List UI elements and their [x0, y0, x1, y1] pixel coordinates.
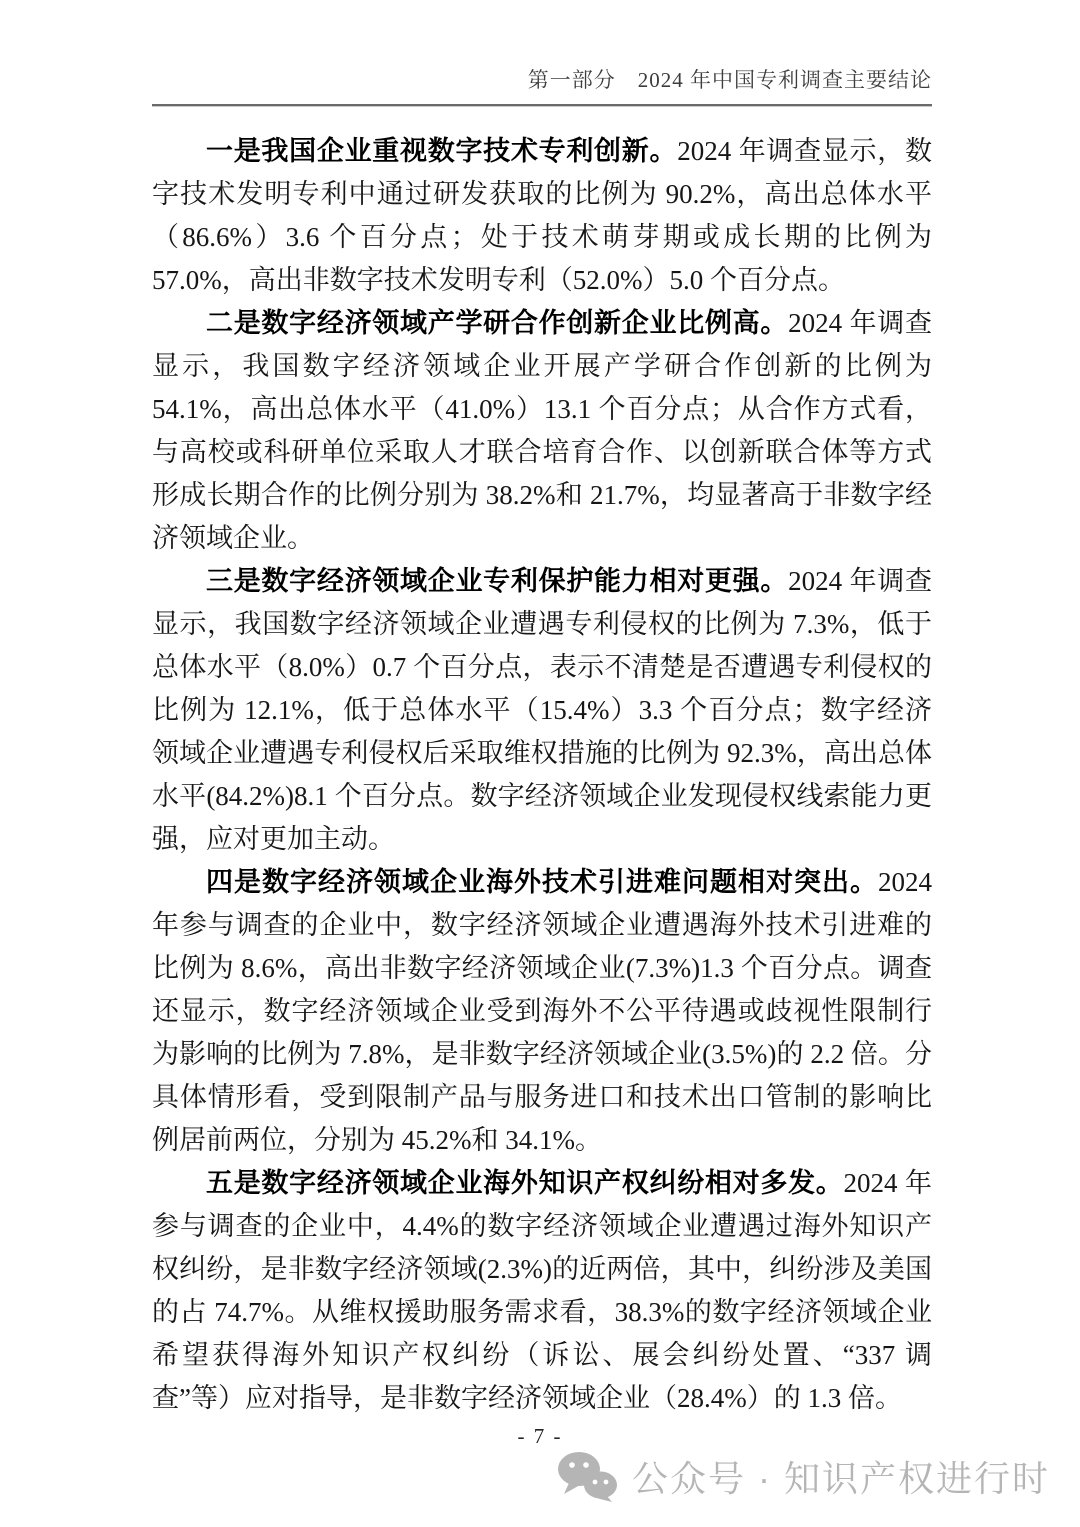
paragraph-2-lead: 二是数字经济领域产学研合作创新企业比例高。: [206, 308, 788, 338]
running-head: 第一部分 2024 年中国专利调查主要结论: [152, 64, 932, 106]
paragraph-1-lead: 一是我国企业重视数字技术专利创新。: [206, 136, 677, 166]
paragraph-5: 五是数字经济领域企业海外知识产权纠纷相对多发。2024 年参与调查的企业中，4.…: [152, 1162, 932, 1420]
paragraph-3-body: 2024 年调查显示，我国数字经济领域企业遭遇专利侵权的比例为 7.3%，低于总…: [152, 566, 932, 854]
paragraph-4-body: 2024 年参与调查的企业中，数字经济领域企业遭遇海外技术引进难的比例为 8.6…: [152, 867, 932, 1155]
paragraph-2: 二是数字经济领域产学研合作创新企业比例高。2024 年调查显示，我国数字经济领域…: [152, 302, 932, 560]
paragraph-3-lead: 三是数字经济领域企业专利保护能力相对更强。: [206, 566, 788, 596]
paragraph-5-body: 2024 年参与调查的企业中，4.4%的数字经济领域企业遭遇过海外知识产权纠纷，…: [152, 1168, 932, 1413]
page-content: 一是我国企业重视数字技术专利创新。2024 年调查显示，数字技术发明专利中通过研…: [152, 130, 932, 1420]
paragraph-4-lead: 四是数字经济领域企业海外技术引进难问题相对突出。: [206, 867, 878, 897]
paragraph-2-body: 2024 年调查显示，我国数字经济领域企业开展产学研合作创新的比例为 54.1%…: [152, 308, 932, 553]
document-page: 第一部分 2024 年中国专利调查主要结论 一是我国企业重视数字技术专利创新。2…: [0, 0, 1080, 1527]
page-number: - 7 -: [0, 1424, 1080, 1449]
paragraph-3: 三是数字经济领域企业专利保护能力相对更强。2024 年调查显示，我国数字经济领域…: [152, 560, 932, 861]
watermark: 公众号 · 知识产权进行时: [556, 1450, 1050, 1502]
paragraph-5-lead: 五是数字经济领域企业海外知识产权纠纷相对多发。: [206, 1168, 844, 1198]
running-head-text: 第一部分 2024 年中国专利调查主要结论: [528, 68, 932, 92]
paragraph-4: 四是数字经济领域企业海外技术引进难问题相对突出。2024 年参与调查的企业中，数…: [152, 861, 932, 1162]
watermark-text: 公众号 · 知识产权进行时: [632, 1451, 1050, 1502]
paragraph-1: 一是我国企业重视数字技术专利创新。2024 年调查显示，数字技术发明专利中通过研…: [152, 130, 932, 302]
wechat-icon: [556, 1450, 618, 1502]
